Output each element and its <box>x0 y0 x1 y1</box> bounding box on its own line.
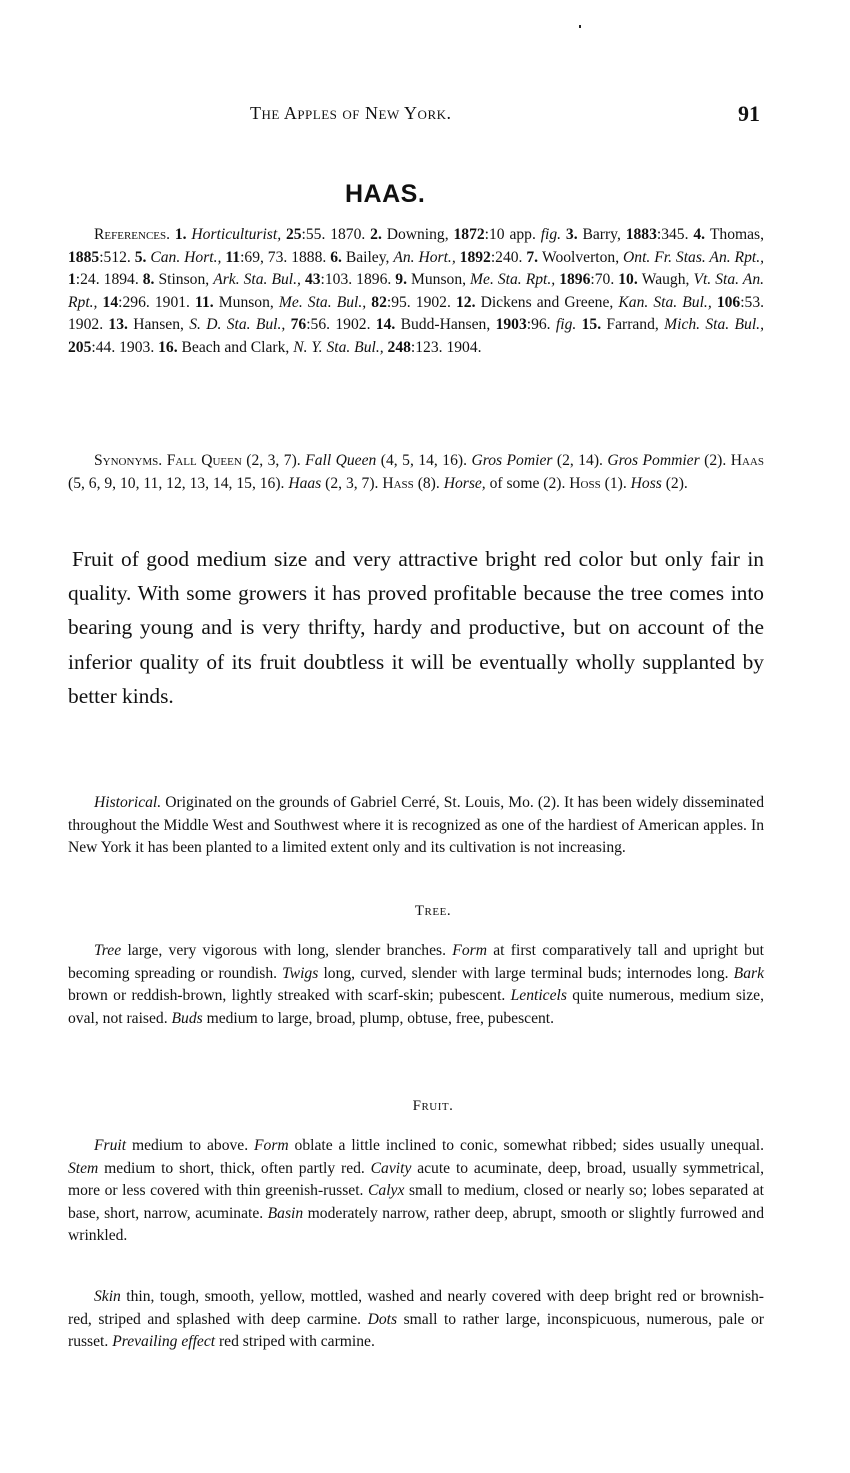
synonyms-section: Synonyms. Fall Queen (2, 3, 7). Fall Que… <box>68 450 764 495</box>
skin-section: Skin thin, tough, smooth, yellow, mottle… <box>68 1286 764 1354</box>
reference-year: 1904. <box>446 339 481 356</box>
tree-section: Tree large, very vigorous with long, sle… <box>68 940 764 1030</box>
reference-volume: 1903 <box>496 316 527 333</box>
reference-volume: 1885 <box>68 249 99 266</box>
reference-number: 8. <box>143 271 159 288</box>
term-description: brown or reddish-brown, lightly streaked… <box>68 987 511 1004</box>
reference-volume: 1883 <box>626 226 657 243</box>
reference-year: 1870. <box>330 226 370 243</box>
reference-entry: 2. Downing, 1872:10 app. fig. <box>370 226 566 243</box>
term: Twigs <box>282 965 318 982</box>
reference-source: Me. Sta. Bul., <box>279 294 371 311</box>
reference-year: 1902. <box>68 316 108 333</box>
reference-number: 10. <box>618 271 642 288</box>
tree-heading: Tree. <box>8 903 850 920</box>
reference-number: 11. <box>195 294 219 311</box>
reference-year: 1902. <box>335 316 375 333</box>
reference-entry: 8. Stinson, Ark. Sta. Bul., 43:103. 1896… <box>143 271 396 288</box>
term: Bark <box>734 965 764 982</box>
reference-number: 7. <box>526 249 542 266</box>
reference-entry: 6. Bailey, An. Hort., 1892:240. <box>330 249 526 266</box>
synonym-entry: Haas (2, 3, 7). <box>288 475 382 492</box>
term: Calyx <box>368 1182 404 1199</box>
reference-number: 2. <box>370 226 387 243</box>
reference-source: Horticulturist, <box>191 226 286 243</box>
reference-volume: 1872 <box>453 226 484 243</box>
term: Stem <box>68 1160 98 1177</box>
reference-page: :96. <box>527 316 556 333</box>
term: Dots <box>368 1311 397 1328</box>
reference-page: :345. <box>657 226 693 243</box>
reference-author: Budd-Hansen, <box>401 316 496 333</box>
term-description: medium to above. <box>126 1137 254 1154</box>
reference-page: :95. <box>387 294 416 311</box>
synonym-name: Fall Queen <box>167 452 242 469</box>
term: Basin <box>268 1205 304 1222</box>
reference-year: 1901. <box>155 294 195 311</box>
term-description: medium to short, thick, often partly red… <box>98 1160 370 1177</box>
reference-number: 12. <box>456 294 481 311</box>
synonym-refs: (1). <box>601 475 631 492</box>
term: Buds <box>172 1010 203 1027</box>
references-section: References. 1. Horticulturist, 25:55. 18… <box>68 224 764 360</box>
reference-page: :103. <box>321 271 357 288</box>
reference-number: 1. <box>175 226 192 243</box>
reference-page: :296. <box>118 294 155 311</box>
fruit-paragraph: Fruit medium to above. Form oblate a lit… <box>68 1135 764 1248</box>
reference-author: Dickens and Greene, <box>481 294 619 311</box>
reference-volume: 1 <box>68 271 76 288</box>
reference-source: Mich. Sta. Bul., <box>664 316 764 333</box>
synonym-entry: Horse, of some (2). <box>444 475 570 492</box>
summary-paragraph: Fruit of good medium size and very attra… <box>68 542 764 713</box>
reference-author: Bailey, <box>346 249 394 266</box>
references-label: References. <box>94 226 170 243</box>
reference-page: :240. <box>491 249 527 266</box>
reference-source: S. D. Sta. Bul., <box>189 316 290 333</box>
reference-volume: 1892 <box>460 249 491 266</box>
synonym-name: Hoss <box>569 475 600 492</box>
synonym-name: Gros Pomier <box>471 452 552 469</box>
reference-page: :24. <box>76 271 104 288</box>
reference-author: Waugh, <box>642 271 694 288</box>
reference-source: Me. Sta. Rpt., <box>470 271 559 288</box>
synonym-refs: (2). <box>700 452 731 469</box>
historical-paragraph: Historical. Originated on the grounds of… <box>68 792 764 860</box>
term-description: large, very vigorous with long, slender … <box>121 942 452 959</box>
term: Form <box>254 1137 289 1154</box>
term: Form <box>452 942 487 959</box>
synonym-refs: of some (2). <box>486 475 570 492</box>
synonym-entry: Fall Queen (4, 5, 14, 16). <box>305 452 471 469</box>
synonym-refs: (2, 3, 7). <box>242 452 305 469</box>
reference-entry: 11. Munson, Me. Sta. Bul., 82:95. 1902. <box>195 294 456 311</box>
reference-source: Ark. Sta. Bul., <box>213 271 305 288</box>
synonym-name: Fall Queen <box>305 452 376 469</box>
scan-speck <box>579 25 581 28</box>
reference-volume: 205 <box>68 339 91 356</box>
reference-number: 15. <box>582 316 607 333</box>
reference-note: fig. <box>541 226 566 243</box>
reference-author: Farrand, <box>606 316 664 333</box>
historical-label: Historical. <box>94 794 161 811</box>
reference-volume: 11 <box>225 249 240 266</box>
synonym-name: Haas <box>288 475 321 492</box>
reference-author: Woolverton, <box>542 249 623 266</box>
reference-author: Munson, <box>219 294 279 311</box>
running-head: The Apples of New York. <box>250 103 765 124</box>
skin-paragraph: Skin thin, tough, smooth, yellow, mottle… <box>68 1286 764 1354</box>
reference-entry: 3. Barry, 1883:345. <box>566 226 693 243</box>
term: Cavity <box>371 1160 412 1177</box>
reference-volume: 106 <box>717 294 740 311</box>
reference-number: 16. <box>158 339 181 356</box>
reference-number: 4. <box>693 226 710 243</box>
synonym-refs: (2, 3, 7). <box>321 475 382 492</box>
tree-paragraph: Tree large, very vigorous with long, sle… <box>68 940 764 1030</box>
reference-author: Beach and Clark, <box>182 339 294 356</box>
reference-year: 1902. <box>416 294 456 311</box>
reference-page: :70. <box>590 271 618 288</box>
reference-entry: 16. Beach and Clark, N. Y. Sta. Bul., 24… <box>158 339 481 356</box>
reference-author: Munson, <box>411 271 470 288</box>
reference-entry: 5. Can. Hort., 11:69, 73. 1888. <box>135 249 330 266</box>
synonym-refs: (2). <box>662 475 688 492</box>
reference-page: :44. <box>91 339 119 356</box>
reference-page: :123. <box>411 339 447 356</box>
reference-volume: 25 <box>286 226 302 243</box>
term-description: long, curved, slender with large termina… <box>318 965 733 982</box>
synonym-entry: Gros Pommier (2). <box>607 452 730 469</box>
synonym-entry: Hass (8). <box>382 475 443 492</box>
synonym-refs: (5, 6, 9, 10, 11, 12, 13, 14, 15, 16). <box>68 475 288 492</box>
reference-entry: 9. Munson, Me. Sta. Rpt., 1896:70. <box>395 271 618 288</box>
synonym-entry: Fall Queen (2, 3, 7). <box>167 452 305 469</box>
reference-volume: 76 <box>291 316 307 333</box>
reference-volume: 248 <box>388 339 411 356</box>
reference-source: Kan. Sta. Bul., <box>618 294 716 311</box>
reference-year: 1894. <box>104 271 143 288</box>
synonym-refs: (8). <box>414 475 444 492</box>
reference-volume: 1896 <box>559 271 590 288</box>
reference-source: Ont. Fr. Stas. An. Rpt., <box>623 249 764 266</box>
reference-source: N. Y. Sta. Bul., <box>293 339 387 356</box>
synonym-entry: Hoss (2). <box>631 475 688 492</box>
synonym-name: Hass <box>382 475 413 492</box>
synonym-refs: (2, 14). <box>552 452 607 469</box>
fruit-section: Fruit medium to above. Form oblate a lit… <box>68 1135 764 1248</box>
reference-number: 9. <box>395 271 411 288</box>
references-paragraph: References. 1. Horticulturist, 25:55. 18… <box>68 224 764 360</box>
page-title: HAAS. <box>0 180 850 209</box>
reference-volume: 14 <box>103 294 119 311</box>
synonyms-list: Fall Queen (2, 3, 7). Fall Queen (4, 5, … <box>68 452 764 492</box>
reference-page: :10 app. <box>485 226 541 243</box>
reference-page: :512. <box>99 249 135 266</box>
reference-note: fig. <box>556 316 582 333</box>
reference-year: 1903. <box>119 339 158 356</box>
synonym-name: Hoss <box>631 475 662 492</box>
reference-author: Downing, <box>387 226 454 243</box>
reference-number: 3. <box>566 226 583 243</box>
reference-volume: 43 <box>305 271 321 288</box>
synonym-name: Horse, <box>444 475 486 492</box>
reference-source: An. Hort., <box>393 249 459 266</box>
term: Fruit <box>94 1137 126 1154</box>
reference-volume: 82 <box>371 294 387 311</box>
synonyms-paragraph: Synonyms. Fall Queen (2, 3, 7). Fall Que… <box>68 450 764 495</box>
synonym-entry: Hoss (1). <box>569 475 630 492</box>
term: Tree <box>94 942 121 959</box>
page-number: 91 <box>738 101 760 127</box>
historical-section: Historical. Originated on the grounds of… <box>68 792 764 860</box>
historical-text: Originated on the grounds of Gabriel Cer… <box>68 794 764 856</box>
reference-author: Thomas, <box>710 226 764 243</box>
synonym-name: Haas <box>731 452 764 469</box>
reference-page: :69, 73. <box>240 249 291 266</box>
references-list: 1. Horticulturist, 25:55. 1870. 2. Downi… <box>68 226 764 356</box>
reference-number: 13. <box>108 316 133 333</box>
reference-entry: 14. Budd-Hansen, 1903:96. fig. <box>376 316 582 333</box>
synonym-entry: Gros Pomier (2, 14). <box>471 452 607 469</box>
reference-author: Hansen, <box>133 316 189 333</box>
reference-number: 6. <box>330 249 346 266</box>
reference-page: :56. <box>306 316 335 333</box>
fruit-heading: Fruit. <box>8 1098 850 1115</box>
reference-page: :53. <box>740 294 764 311</box>
term: Prevailing effect <box>112 1333 215 1350</box>
synonym-refs: (4, 5, 14, 16). <box>376 452 471 469</box>
reference-year: 1896. <box>356 271 395 288</box>
synonyms-label: Synonyms. <box>94 452 162 469</box>
term-description: red striped with carmine. <box>215 1333 375 1350</box>
reference-entry: 13. Hansen, S. D. Sta. Bul., 76:56. 1902… <box>108 316 375 333</box>
term-description: medium to large, broad, plump, obtuse, f… <box>203 1010 554 1027</box>
reference-author: Stinson, <box>158 271 213 288</box>
summary-section: Fruit of good medium size and very attra… <box>68 542 764 713</box>
reference-number: 14. <box>376 316 401 333</box>
term: Skin <box>94 1288 121 1305</box>
term-description: oblate a little inclined to conic, somew… <box>289 1137 764 1154</box>
reference-author: Barry, <box>582 226 625 243</box>
reference-entry: 1. Horticulturist, 25:55. 1870. <box>175 226 370 243</box>
reference-year: 1888. <box>291 249 330 266</box>
reference-page: :55. <box>302 226 331 243</box>
synonym-name: Gros Pommier <box>607 452 699 469</box>
term: Lenticels <box>511 987 567 1004</box>
reference-number: 5. <box>135 249 151 266</box>
reference-source: Can. Hort., <box>150 249 225 266</box>
